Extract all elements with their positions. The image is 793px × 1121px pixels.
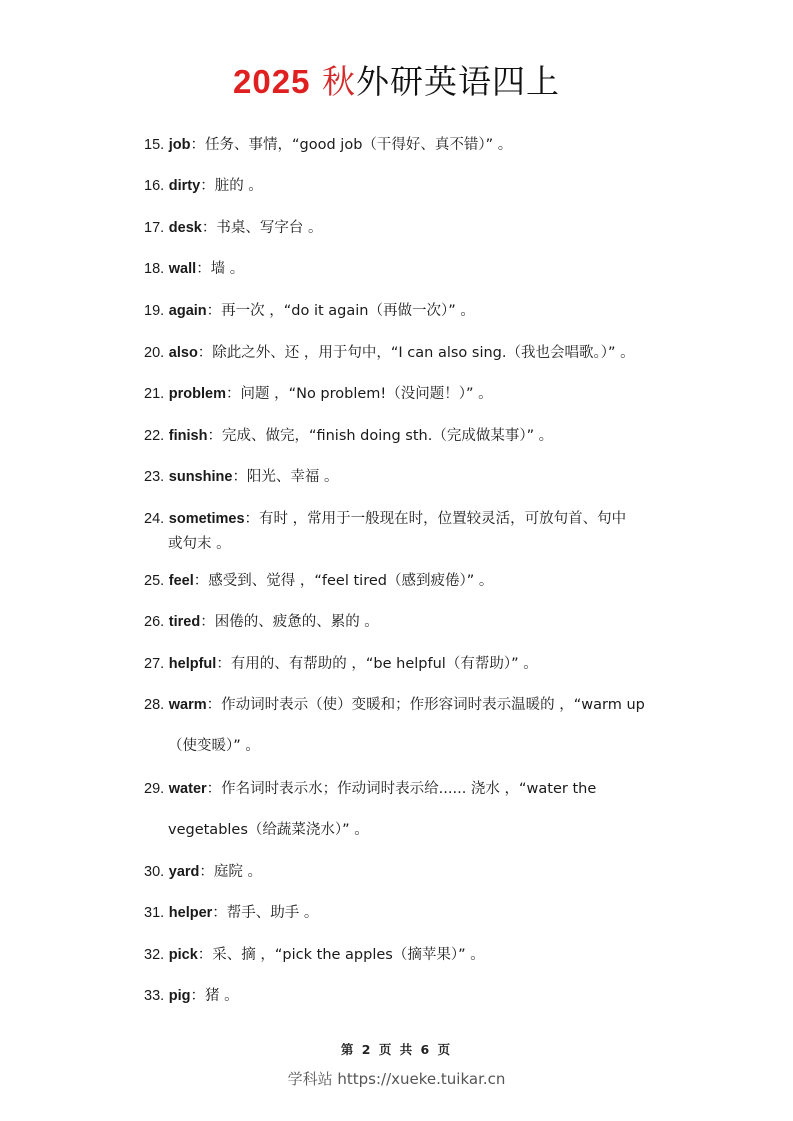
vocab-entry: 24. sometimes：有时 ，常用于一般现在时，位置较灵活，可放句首、句中… — [144, 508, 684, 555]
vocab-entry: 23. sunshine：阳光、幸福 。 — [144, 466, 684, 488]
vocab-entry: 30. yard：庭院 。 — [144, 861, 684, 883]
entry-number: 28. — [144, 697, 164, 713]
vocab-entry: 20. also：除此之外、还 ，用于句中，“I can also sing.（… — [144, 342, 684, 364]
entry-word: job — [169, 137, 191, 153]
entry-word: finish — [169, 428, 208, 444]
entry-word: also — [169, 345, 198, 361]
entry-definition: ：完成、做完，“finish doing sth.（完成做某事）” 。 — [207, 428, 553, 444]
entry-definition: ：问题 ，“No problem!（没问题！）” 。 — [226, 386, 493, 402]
entry-word: wall — [169, 261, 196, 277]
entry-number: 18. — [144, 261, 164, 277]
page-number: 第 2 页 共 6 页 — [0, 1040, 793, 1058]
entry-definition: ：有用的、有帮助的 ，“be helpful（有帮助）” 。 — [216, 656, 537, 672]
entry-definition: ：采、摘 ，“pick the apples（摘苹果）” 。 — [198, 947, 485, 963]
title-year: 2025 — [233, 63, 310, 100]
entry-number: 25. — [144, 573, 164, 589]
title-subject: 外研英语四上 — [356, 62, 560, 101]
entry-definition: ：帮手、助手 。 — [212, 905, 318, 921]
entry-number: 32. — [144, 947, 164, 963]
vocab-entry: 21. problem：问题 ，“No problem!（没问题！）” 。 — [144, 383, 684, 405]
vocab-entry: 22. finish：完成、做完，“finish doing sth.（完成做某… — [144, 425, 684, 447]
entry-definition: ：有时 ，常用于一般现在时，位置较灵活，可放句首、句中 — [245, 511, 627, 527]
entry-word: helper — [169, 905, 213, 921]
entry-number: 20. — [144, 345, 164, 361]
entry-number: 15. — [144, 137, 164, 153]
entry-word: yard — [169, 864, 200, 880]
entry-number: 16. — [144, 178, 164, 194]
vocab-entry: 16. dirty：脏的 。 — [144, 175, 684, 197]
entry-word: dirty — [169, 178, 200, 194]
entry-definition-continued: 或句末 。 — [144, 533, 684, 555]
vocab-entry: 28. warm：作动词时表示（使）变暖和；作形容词时表示温暖的 ，“warm … — [144, 694, 684, 757]
entry-definition-continued: vegetables（给蔬菜浇水）” 。 — [144, 819, 684, 841]
entry-number: 23. — [144, 469, 164, 485]
entry-definition: ：书桌、写字台 。 — [202, 220, 323, 236]
entry-number: 31. — [144, 905, 164, 921]
entry-number: 29. — [144, 781, 164, 797]
vocab-entry: 15. job：任务、事情，“good job（干得好、真不错）” 。 — [144, 134, 684, 156]
entry-definition: ：再一次 ，“do it again（再做一次）” 。 — [207, 303, 475, 319]
entry-definition: ：除此之外、还 ，用于句中，“I can also sing.（我也会唱歌。）”… — [198, 345, 635, 361]
entry-word: pig — [169, 988, 191, 1004]
vocab-entry: 27. helpful：有用的、有帮助的 ，“be helpful（有帮助）” … — [144, 653, 684, 675]
entry-definition: ：脏的 。 — [200, 178, 263, 194]
entry-definition-continued: （使变暖）” 。 — [144, 735, 684, 757]
entry-word: water — [169, 781, 207, 797]
entry-word: desk — [169, 220, 202, 236]
entry-definition: ：困倦的、疲惫的、累的 。 — [200, 614, 379, 630]
vocab-entry: 33. pig：猪 。 — [144, 985, 684, 1007]
entry-word: problem — [169, 386, 226, 402]
entry-number: 30. — [144, 864, 164, 880]
entry-word: warm — [169, 697, 207, 713]
vocab-entry: 26. tired：困倦的、疲惫的、累的 。 — [144, 611, 684, 633]
vocab-entry: 17. desk：书桌、写字台 。 — [144, 217, 684, 239]
vocab-entry: 18. wall：墙 。 — [144, 258, 684, 280]
entry-word: tired — [169, 614, 200, 630]
entry-word: sunshine — [169, 469, 233, 485]
entry-word: again — [169, 303, 207, 319]
vocab-entry: 29. water：作名词时表示水；作动词时表示给...... 浇水 ，“wat… — [144, 778, 684, 841]
entry-definition: ：任务、事情，“good job（干得好、真不错）” 。 — [191, 137, 513, 153]
entry-number: 19. — [144, 303, 164, 319]
entry-definition: ：作名词时表示水；作动词时表示给...... 浇水 ，“water the — [207, 781, 597, 797]
document-title: 2025 秋外研英语四上 — [0, 60, 793, 104]
entry-number: 17. — [144, 220, 164, 236]
title-season: 秋 — [322, 62, 356, 101]
entry-number: 26. — [144, 614, 164, 630]
entry-word: sometimes — [169, 511, 245, 527]
entry-word: feel — [169, 573, 194, 589]
vocab-entry: 19. again：再一次 ，“do it again（再做一次）” 。 — [144, 300, 684, 322]
entry-number: 22. — [144, 428, 164, 444]
entry-definition: ：墙 。 — [196, 261, 244, 277]
entry-definition: ：猪 。 — [191, 988, 239, 1004]
vocab-entry: 31. helper：帮手、助手 。 — [144, 902, 684, 924]
entry-word: pick — [169, 947, 198, 963]
entry-word: helpful — [169, 656, 217, 672]
entry-definition: ：感受到、觉得 ，“feel tired（感到疲倦）” 。 — [194, 573, 494, 589]
vocab-entry: 25. feel：感受到、觉得 ，“feel tired（感到疲倦）” 。 — [144, 570, 684, 592]
site-watermark: 学科站 https://xueke.tuikar.cn — [0, 1068, 793, 1089]
entry-number: 27. — [144, 656, 164, 672]
entry-number: 33. — [144, 988, 164, 1004]
entry-definition: ：庭院 。 — [199, 864, 262, 880]
entry-number: 24. — [144, 511, 164, 527]
entry-definition: ：阳光、幸福 。 — [232, 469, 338, 485]
vocab-entry: 32. pick：采、摘 ，“pick the apples（摘苹果）” 。 — [144, 944, 684, 966]
entry-number: 21. — [144, 386, 164, 402]
entry-definition: ：作动词时表示（使）变暖和；作形容词时表示温暖的 ，“warm up — [207, 697, 645, 713]
